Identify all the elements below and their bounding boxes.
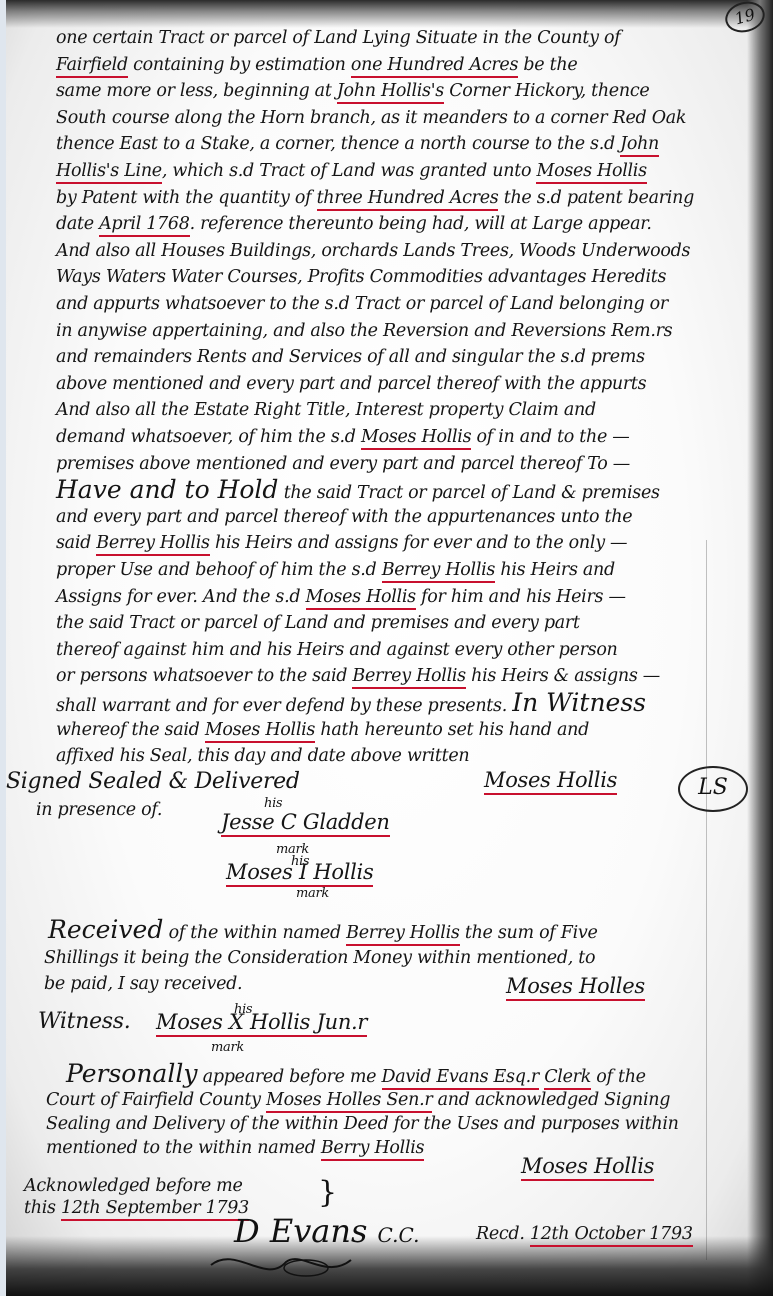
underlined-entity: John Hollis's: [337, 81, 444, 104]
receipt-lead-word: Received: [48, 915, 163, 944]
ack-line-1-end: of the: [591, 1067, 646, 1087]
recorded-date: 12th October 1793: [530, 1224, 693, 1247]
deed-body-line: and remainders Rents and Services of all…: [56, 343, 743, 371]
recorded-label: Recd.: [476, 1224, 525, 1244]
deed-text: said: [56, 533, 96, 553]
deed-text: hath hereunto set his hand and: [315, 720, 589, 740]
receipt-line-1-end: the sum of Five: [460, 923, 598, 943]
scanned-deed-page: 19 one certain Tract or parcel of Land L…: [6, 0, 773, 1296]
deed-text: and remainders Rents and Services of all…: [56, 347, 645, 367]
receipt-payer: Berrey Hollis: [346, 923, 459, 946]
bracket-mark: }: [318, 1175, 337, 1210]
deed-text: premises above mentioned and every part …: [56, 454, 630, 474]
deed-text: same more or less, beginning at: [56, 81, 337, 101]
ack-line-4-start: mentioned to the within named: [46, 1138, 321, 1158]
witness-2-mark: mark: [296, 880, 329, 908]
ack-date-prefix: this: [24, 1198, 61, 1218]
deed-text: Ways Waters Water Courses, Profits Commo…: [56, 267, 666, 287]
scan-right-edge: [747, 0, 773, 1296]
witness-1-name: Jesse C Gladden: [221, 808, 390, 836]
deed-text: whereof the said: [56, 720, 205, 740]
ack-lead-word: Personally: [66, 1059, 197, 1088]
deed-text: And also all Houses Buildings, orchards …: [56, 241, 690, 261]
deed-body-line: the said Tract or parcel of Land and pre…: [56, 609, 743, 637]
deed-text: thereof against him and his Heirs and ag…: [56, 640, 618, 660]
deed-text: In Witness: [512, 688, 646, 717]
deed-text: the said Tract or parcel of Land and pre…: [56, 613, 580, 633]
deed-text: thence East to a Stake, a corner, thence…: [56, 134, 620, 154]
deed-text: of in and to the —: [471, 427, 629, 447]
clerk-signature: D Evans C.C.: [234, 1212, 419, 1250]
underlined-entity: Moses Hollis: [205, 720, 315, 743]
deed-body-line: date April 1768. reference thereunto bei…: [56, 210, 743, 238]
ack-grantee: Berry Hollis: [321, 1138, 424, 1161]
receipt-signature-name: Moses Holles: [506, 974, 645, 1001]
deed-text: or persons whatsoever to the said: [56, 666, 352, 686]
clerk-title: C.C.: [378, 1223, 420, 1247]
receipt-line-1: Received of the within named Berrey Holl…: [48, 916, 743, 947]
receipt-signature: Moses Holles: [506, 972, 645, 1000]
deed-body-line: thence East to a Stake, a corner, thence…: [56, 130, 743, 158]
ack-date-line: this 12th September 1793: [24, 1194, 249, 1222]
deed-body-line: And also all Houses Buildings, orchards …: [56, 237, 743, 265]
deed-text: affixed his Seal, this day and date abov…: [56, 746, 469, 766]
underlined-entity: one Hundred Acres: [351, 55, 518, 78]
deed-text: and appurts whatsoever to the s.d Tract …: [56, 294, 668, 314]
ack-line-2-start: Court of Fairfield County: [46, 1090, 266, 1110]
deed-body-line: one certain Tract or parcel of Land Lyin…: [56, 24, 743, 52]
underlined-entity: Berrey Hollis: [382, 560, 495, 583]
deed-body-line: thereof against him and his Heirs and ag…: [56, 636, 743, 664]
deed-body-line: and every part and parcel thereof with t…: [56, 503, 743, 531]
underlined-entity: April 1768: [99, 214, 190, 237]
deed-body-line: and appurts whatsoever to the s.d Tract …: [56, 290, 743, 318]
deed-text: Corner Hickory, thence: [444, 81, 649, 101]
deed-body-line: said Berrey Hollis his Heirs and assigns…: [56, 529, 743, 557]
deed-text: demand whatsoever, of him the s.d: [56, 427, 361, 447]
receipt-line-1-text: of the within named: [163, 923, 346, 943]
receipt-line-2: Shillings it being the Consideration Mon…: [44, 944, 743, 972]
deed-text: Have and to Hold: [56, 475, 278, 504]
deed-text: containing by estimation: [128, 55, 351, 75]
receipt-witness-mark: mark: [211, 1034, 244, 1062]
underlined-entity: Moses Hollis: [536, 161, 646, 184]
underlined-entity: Berrey Hollis: [96, 533, 209, 556]
receipt-witness-label: Witness.: [38, 1008, 130, 1036]
deed-text: one certain Tract or parcel of Land Lyin…: [56, 28, 620, 48]
ack-line-2-end: and acknowledged Signing: [432, 1090, 670, 1110]
deed-text: his Heirs and: [495, 560, 615, 580]
witness-1-name-text: Jesse C Gladden: [221, 810, 390, 837]
deed-text: Assigns for ever. And the s.d: [56, 587, 306, 607]
deed-text: by Patent with the quantity of: [56, 188, 317, 208]
deed-text: above mentioned and every part and parce…: [56, 374, 646, 394]
deed-body-line: Hollis's Line, which s.d Tract of Land w…: [56, 157, 743, 185]
grantor-signature-name: Moses Hollis: [484, 768, 617, 795]
ack-signature: Moses Hollis: [521, 1152, 654, 1180]
deed-body-line: proper Use and behoof of him the s.d Ber…: [56, 556, 743, 584]
seal-mark: LS: [678, 766, 748, 812]
recorded-line: Recd. 12th October 1793: [476, 1220, 693, 1248]
deed-body-line: demand whatsoever, of him the s.d Moses …: [56, 423, 743, 451]
deed-body-line: affixed his Seal, this day and date abov…: [56, 742, 743, 770]
clerk-signature-name: D Evans: [234, 1212, 367, 1250]
ack-date: 12th September 1793: [61, 1198, 249, 1221]
deed-body-line: whereof the said Moses Hollis hath hereu…: [56, 716, 743, 744]
receipt-witness-name-text: Moses X Hollis Jun.r: [156, 1010, 367, 1037]
underlined-entity: Moses Hollis: [306, 587, 416, 610]
grantor-signature: Moses Hollis: [484, 766, 617, 794]
signed-sealed-delivered-label: Signed Sealed & Delivered: [6, 768, 743, 796]
ack-line-1-text: appeared before me: [197, 1067, 381, 1087]
underlined-entity: Berrey Hollis: [352, 666, 465, 689]
signature-flourish-icon: [206, 1250, 356, 1280]
underlined-entity: Hollis's Line: [56, 161, 162, 184]
deed-text: And also all the Estate Right Title, Int…: [56, 400, 596, 420]
receipt-witness-name: Moses X Hollis Jun.r: [156, 1008, 367, 1036]
deed-text: shall warrant and for ever defend by the…: [56, 696, 512, 716]
deed-text: , which s.d Tract of Land was granted un…: [162, 161, 537, 181]
deed-text: proper Use and behoof of him the s.d: [56, 560, 382, 580]
deed-text: the s.d patent bearing: [498, 188, 694, 208]
underlined-entity: Moses Hollis: [361, 427, 471, 450]
deed-text: for him and his Heirs —: [416, 587, 626, 607]
deed-text: the said Tract or parcel of Land & premi…: [278, 483, 659, 503]
deed-body-line: Fairfield containing by estimation one H…: [56, 51, 743, 79]
deed-body-line: or persons whatsoever to the said Berrey…: [56, 662, 743, 690]
deed-text: his Heirs and assigns for ever and to th…: [210, 533, 628, 553]
deed-body-line: in anywise appertaining, and also the Re…: [56, 317, 743, 345]
deed-text: South course along the Horn branch, as i…: [56, 108, 686, 128]
deed-text: date: [56, 214, 99, 234]
deed-body-line: same more or less, beginning at John Hol…: [56, 77, 743, 105]
deed-text: in anywise appertaining, and also the Re…: [56, 321, 672, 341]
deed-text: be the: [518, 55, 577, 75]
underlined-entity: Fairfield: [56, 55, 128, 78]
deed-body-line: by Patent with the quantity of three Hun…: [56, 184, 743, 212]
deed-body-line: Assigns for ever. And the s.d Moses Holl…: [56, 583, 743, 611]
deed-body-line: South course along the Horn branch, as i…: [56, 104, 743, 132]
deed-body-line: premises above mentioned and every part …: [56, 450, 743, 478]
ack-signature-name: Moses Hollis: [521, 1154, 654, 1181]
underlined-entity: John: [620, 134, 659, 157]
underlined-entity: three Hundred Acres: [317, 188, 499, 211]
deed-body-line: And also all the Estate Right Title, Int…: [56, 396, 743, 424]
deed-body-line: Ways Waters Water Courses, Profits Commo…: [56, 263, 743, 291]
deed-body-line: above mentioned and every part and parce…: [56, 370, 743, 398]
deed-text: and every part and parcel thereof with t…: [56, 507, 632, 527]
deed-text: . reference thereunto being had, will at…: [190, 214, 652, 234]
deed-text: his Heirs & assigns —: [466, 666, 660, 686]
document-viewer: 19 one certain Tract or parcel of Land L…: [0, 0, 773, 1296]
